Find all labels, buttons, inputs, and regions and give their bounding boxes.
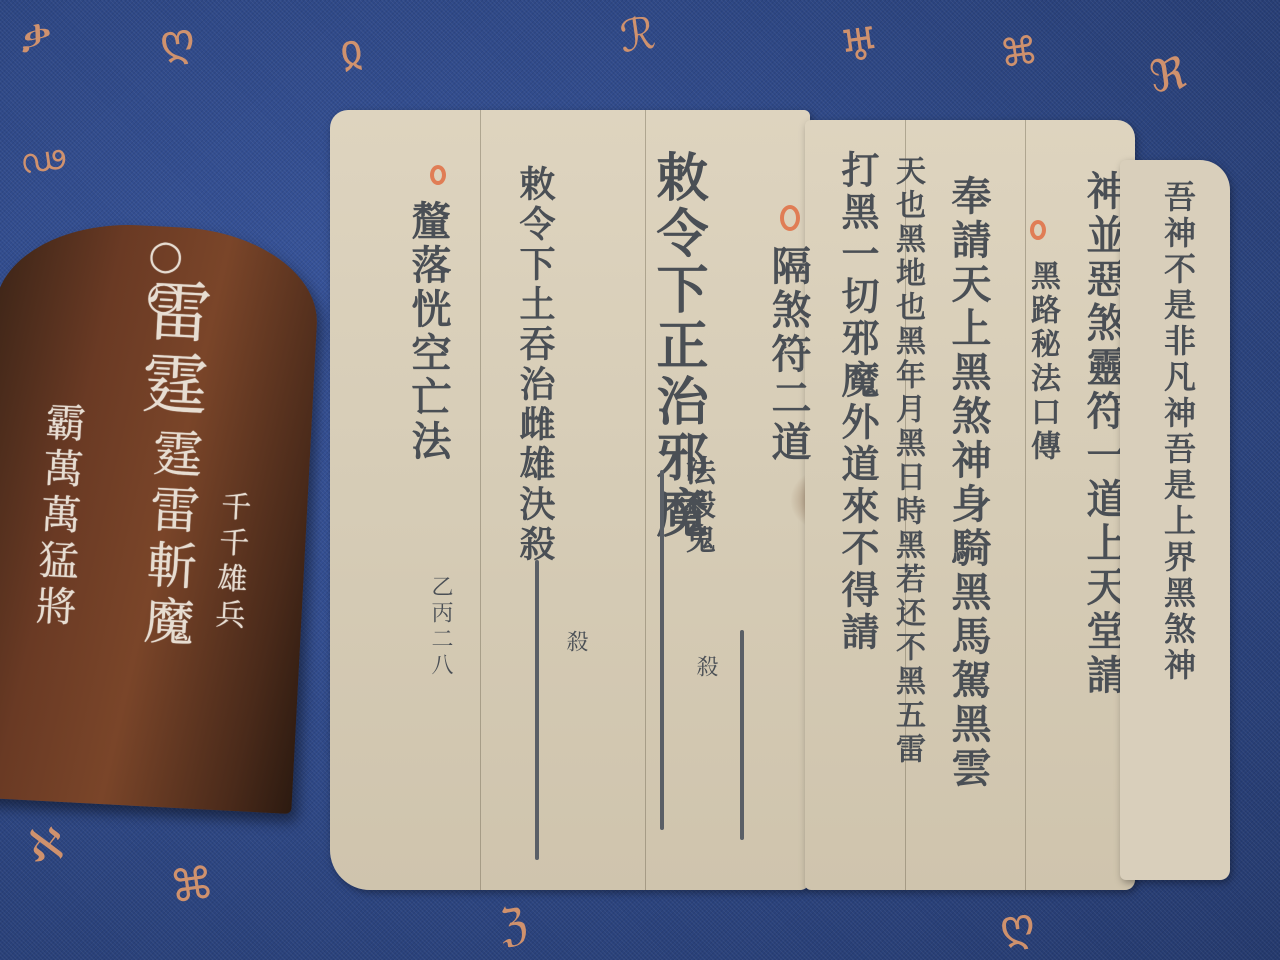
column-text: 奉請天上黑煞神身騎黑馬駕黑雲 [940,175,997,791]
column-text: 法殺鬼 [675,455,719,557]
red-circle-mark [1030,220,1046,240]
column-text: 黑路秘法口傳 [1020,260,1064,464]
column-text: 打黑一切邪魔外道來不得請 [830,150,885,654]
talisman-manuscript: 釐落恍空亡法 敕令下土吞治雌雄決殺 敕令下正治邪魔 法殺鬼 殺 殺 乙丙二八 隔… [300,100,1230,900]
red-circle-mark [430,165,446,185]
plaque-right-column: 千千雄兵 [204,489,255,635]
red-circle-mark [780,205,800,231]
wooden-talisman-plaque: ◯◯ 雷霆 霆雷斬魔 千千雄兵 霸萬萬猛將 [0,218,322,814]
manuscript-far-right-page: 吾神不是非凡神吾是上界黑煞神 [1120,160,1230,880]
cloth-glyph: ഢ [17,137,67,183]
manuscript-left-page: 釐落恍空亡法 敕令下土吞治雌雄決殺 敕令下正治邪魔 法殺鬼 殺 殺 乙丙二八 [330,110,810,890]
column-text: 乙丙二八 [425,575,456,679]
talisman-stroke [535,560,539,860]
cloth-glyph: ℵ [27,818,67,873]
cloth-glyph: ღ [157,13,198,68]
cloth-glyph: ღ [997,898,1038,953]
plaque-left-column: 霸萬萬猛將 [23,400,92,633]
cloth-glyph: ♅ [837,18,883,74]
cloth-glyph: ℜ [1147,48,1190,103]
column-text: 天也黑地也黑年月黑日時黑若还不黑五雷 [885,155,929,767]
cloth-seal-glyph: ⌘ [997,28,1041,77]
column-text: 殺 [560,630,591,656]
column-text: 敕令下土吞治雌雄決殺 [510,165,561,565]
column-text: 吾神不是非凡神吾是上界黑煞神 [1155,180,1201,684]
manuscript-right-page: 隔煞符二道 打黑一切邪魔外道來不得請 天也黑地也黑年月黑日時黑若还不黑五雷 奉請… [805,120,1135,890]
talisman-stroke [740,630,744,840]
cloth-glyph: ቃ [17,8,56,63]
page-fold [480,110,481,890]
talisman-stroke [660,470,664,830]
page-fold [1025,120,1026,890]
column-text: 釐落恍空亡法 [400,200,457,464]
plaque-center-column: 霆雷斬魔 [128,426,212,653]
column-text: 隔煞符二道 [760,245,817,465]
cloth-glyph: ℛ [617,8,659,63]
plaque-main-character: 雷霆 [120,275,222,424]
column-text: 殺 [690,655,721,681]
cloth-seal-glyph: ⌘ [167,857,218,914]
